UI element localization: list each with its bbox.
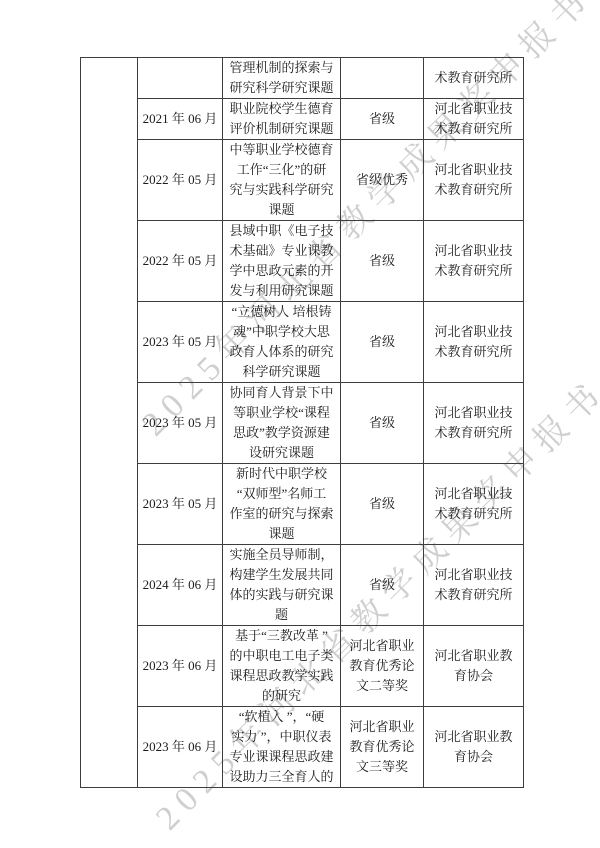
level-cell: 省级: [341, 464, 424, 545]
org-cell: 河北省职业技 术教育研究所: [424, 545, 524, 626]
title-cell: 实施全员导师制， 构建学生发展共同 体的实践与研究课 题: [223, 545, 341, 626]
date-cell: [138, 58, 223, 99]
level-cell: 省级优秀: [341, 140, 424, 221]
table-row: 2024 年 06 月实施全员导师制， 构建学生发展共同 体的实践与研究课 题省…: [81, 545, 524, 626]
date-cell: 2023 年 06 月: [138, 707, 223, 788]
org-cell: 术教育研究所: [424, 58, 524, 99]
title-cell: 协同育人背景下中 等职业学校“课程 思政”教学资源建 设研究课题: [223, 383, 341, 464]
level-cell: 省级: [341, 383, 424, 464]
title-cell: 基于“三教改革 ” 的中职电工电子类 课程思政教学实践 的研究: [223, 626, 341, 707]
table-body: 管理机制的探索与 研究科学研究课题术教育研究所2021 年 06 月职业院校学生…: [81, 58, 524, 788]
document-page: 2025年河北省教学成果奖申报书 2025年河北省教学成果奖申报书 管理机制的探…: [0, 0, 600, 848]
title-cell: 职业院校学生德育 评价机制研究课题: [223, 99, 341, 140]
table-row: 2022 年 05 月中等职业学校德育 工作“三化”的研 究与实践科学研究 课题…: [81, 140, 524, 221]
level-cell: 省级: [341, 302, 424, 383]
level-cell: [341, 58, 424, 99]
title-cell: 管理机制的探索与 研究科学研究课题: [223, 58, 341, 99]
date-cell: 2024 年 06 月: [138, 545, 223, 626]
achievements-table: 管理机制的探索与 研究科学研究课题术教育研究所2021 年 06 月职业院校学生…: [80, 57, 524, 788]
table-row: 2023 年 06 月基于“三教改革 ” 的中职电工电子类 课程思政教学实践 的…: [81, 626, 524, 707]
date-cell: 2022 年 05 月: [138, 221, 223, 302]
title-cell: 新时代中职学校 “双师型”名师工 作室的研究与探索 课题: [223, 464, 341, 545]
org-cell: 河北省职业教 育协会: [424, 707, 524, 788]
table-row: 2021 年 06 月职业院校学生德育 评价机制研究课题省级河北省职业技 术教育…: [81, 99, 524, 140]
table-row: 2023 年 05 月协同育人背景下中 等职业学校“课程 思政”教学资源建 设研…: [81, 383, 524, 464]
title-cell: “立德树人 培根铸 魂”中职学校大思 政育人体系的研究 科学研究课题: [223, 302, 341, 383]
title-cell: 中等职业学校德育 工作“三化”的研 究与实践科学研究 课题: [223, 140, 341, 221]
org-cell: 河北省职业技 术教育研究所: [424, 383, 524, 464]
date-cell: 2023 年 05 月: [138, 302, 223, 383]
level-cell: 省级: [341, 545, 424, 626]
org-cell: 河北省职业技 术教育研究所: [424, 464, 524, 545]
date-cell: 2023 年 06 月: [138, 626, 223, 707]
org-cell: 河北省职业技 术教育研究所: [424, 302, 524, 383]
org-cell: 河北省职业教 育协会: [424, 626, 524, 707]
title-cell: “软植入 ”，“硬 实力 ”，中职仪表 专业课课程思政建 设助力三全育人的: [223, 707, 341, 788]
table-row: 2023 年 05 月“立德树人 培根铸 魂”中职学校大思 政育人体系的研究 科…: [81, 302, 524, 383]
title-cell: 县域中职《电子技 术基础》专业课教 学中思政元素的开 发与利用研究课题: [223, 221, 341, 302]
date-cell: 2022 年 05 月: [138, 140, 223, 221]
org-cell: 河北省职业技 术教育研究所: [424, 221, 524, 302]
org-cell: 河北省职业技 术教育研究所: [424, 99, 524, 140]
table-row: 2022 年 05 月县域中职《电子技 术基础》专业课教 学中思政元素的开 发与…: [81, 221, 524, 302]
left-spanner-cell: [81, 58, 138, 788]
table-row: 管理机制的探索与 研究科学研究课题术教育研究所: [81, 58, 524, 99]
date-cell: 2021 年 06 月: [138, 99, 223, 140]
table-row: 2023 年 06 月“软植入 ”，“硬 实力 ”，中职仪表 专业课课程思政建 …: [81, 707, 524, 788]
level-cell: 省级: [341, 99, 424, 140]
level-cell: 河北省职业 教育优秀论 文三等奖: [341, 707, 424, 788]
level-cell: 河北省职业 教育优秀论 文二等奖: [341, 626, 424, 707]
date-cell: 2023 年 05 月: [138, 383, 223, 464]
org-cell: 河北省职业技 术教育研究所: [424, 140, 524, 221]
table-row: 2023 年 05 月新时代中职学校 “双师型”名师工 作室的研究与探索 课题省…: [81, 464, 524, 545]
level-cell: 省级: [341, 221, 424, 302]
date-cell: 2023 年 05 月: [138, 464, 223, 545]
